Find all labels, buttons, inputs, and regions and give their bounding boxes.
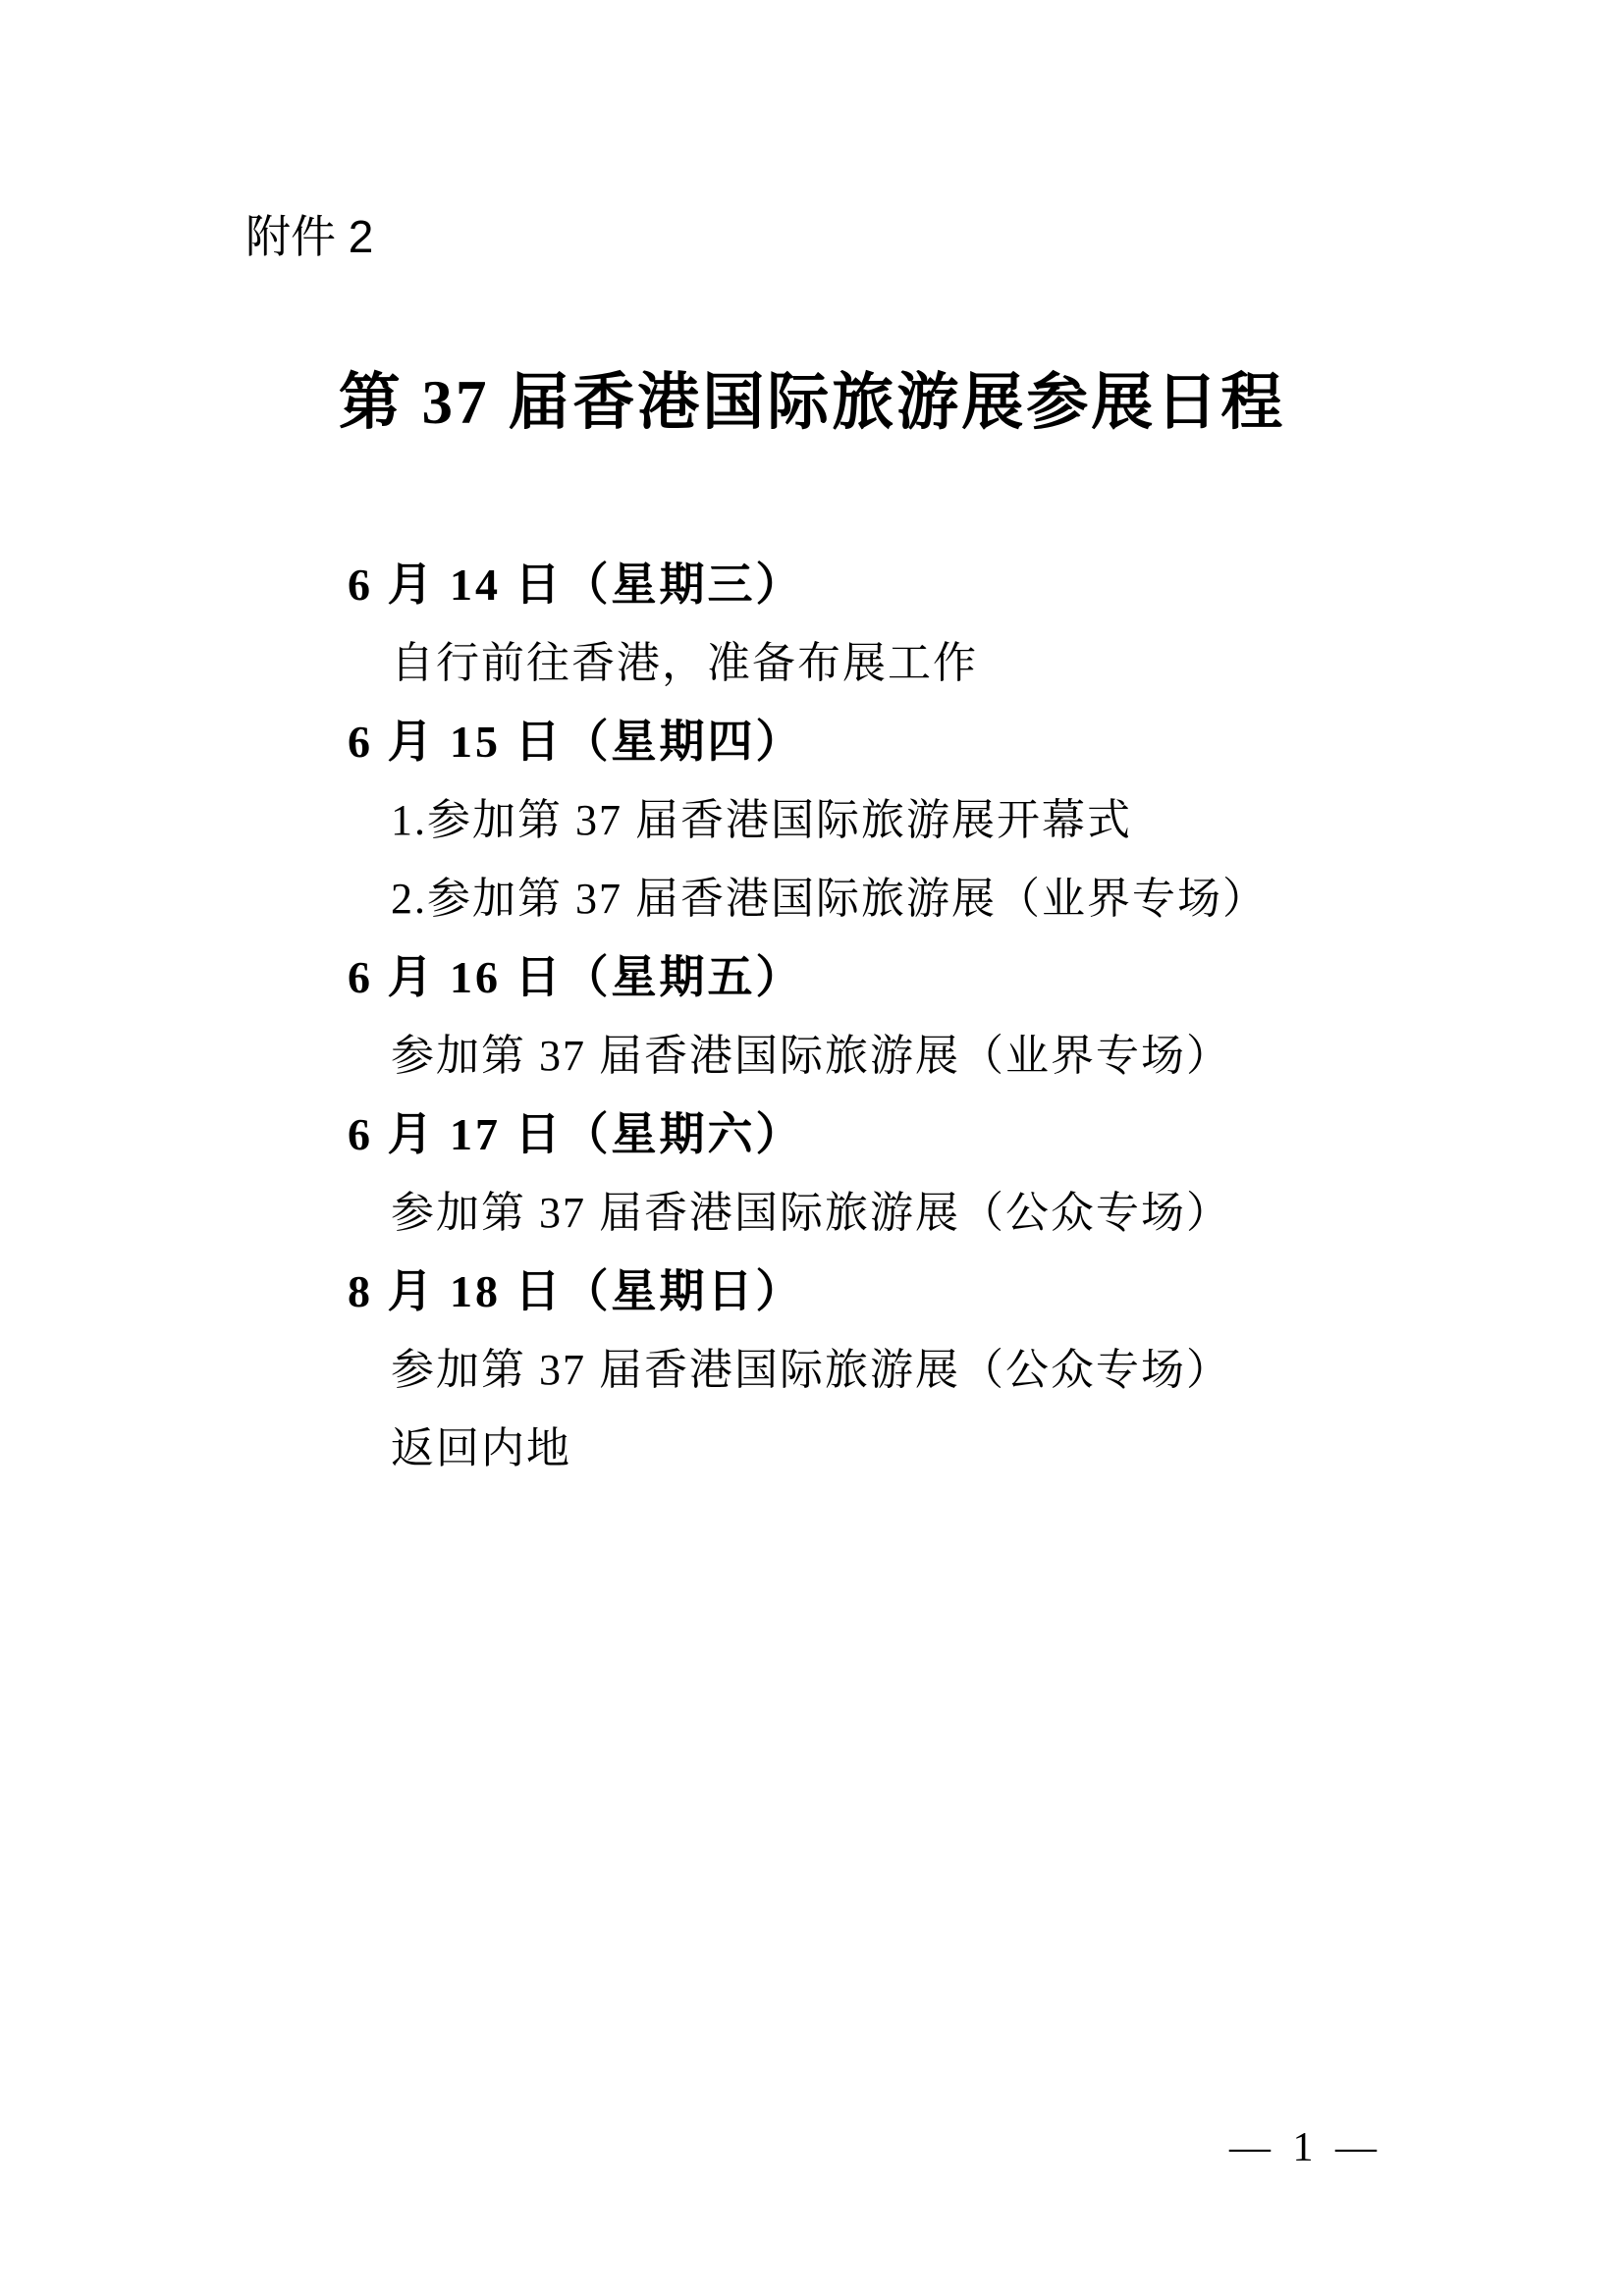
schedule-line: 1.参加第 37 届香港国际旅游展开幕式	[0, 781, 1624, 860]
schedule-line: 参加第 37 届香港国际旅游展（公众专场）	[0, 1331, 1624, 1410]
schedule-line-text: 参加第 37 届香港国际旅游展（业界专场）	[391, 1032, 1231, 1080]
schedule-list: 6 月 14 日（星期三） 自行前往香港，准备布展工作 6 月 15 日（星期四…	[0, 546, 1624, 1488]
schedule-line-text: 6 月 17 日（星期六）	[348, 1109, 804, 1159]
schedule-line: 6 月 15 日（星期四）	[0, 703, 1624, 781]
schedule-line: 8 月 18 日（星期日）	[0, 1253, 1624, 1331]
schedule-line-text: 2.参加第 37 届香港国际旅游展（业界专场）	[391, 875, 1268, 923]
schedule-line-text: 6 月 15 日（星期四）	[348, 717, 804, 767]
page-title: 第 37 届香港国际旅游展参展日程	[0, 363, 1624, 442]
schedule-line: 返回内地	[0, 1410, 1624, 1488]
schedule-line: 参加第 37 届香港国际旅游展（公众专场）	[0, 1174, 1624, 1253]
schedule-line-text: 返回内地	[391, 1424, 571, 1472]
schedule-line-text: 自行前往香港，准备布展工作	[391, 639, 978, 687]
schedule-line-text: 参加第 37 届香港国际旅游展（公众专场）	[391, 1189, 1231, 1237]
page-number: — 1 —	[1229, 2123, 1382, 2172]
schedule-line: 2.参加第 37 届香港国际旅游展（业界专场）	[0, 860, 1624, 938]
schedule-line-text: 1.参加第 37 届香港国际旅游展开幕式	[391, 796, 1132, 844]
document-page: 附件 2 第 37 届香港国际旅游展参展日程 6 月 14 日（星期三） 自行前…	[0, 0, 1624, 2296]
schedule-line-text: 参加第 37 届香港国际旅游展（公众专场）	[391, 1346, 1231, 1394]
schedule-line: 参加第 37 届香港国际旅游展（业界专场）	[0, 1017, 1624, 1095]
attachment-label: 附件 2	[245, 209, 373, 264]
schedule-line: 6 月 17 日（星期六）	[0, 1095, 1624, 1174]
schedule-line: 自行前往香港，准备布展工作	[0, 624, 1624, 703]
schedule-line: 6 月 14 日（星期三）	[0, 546, 1624, 624]
schedule-line-text: 6 月 14 日（星期三）	[348, 560, 804, 610]
schedule-line-text: 8 月 18 日（星期日）	[348, 1266, 804, 1316]
schedule-line-text: 6 月 16 日（星期五）	[348, 952, 804, 1002]
schedule-line: 6 月 16 日（星期五）	[0, 938, 1624, 1017]
